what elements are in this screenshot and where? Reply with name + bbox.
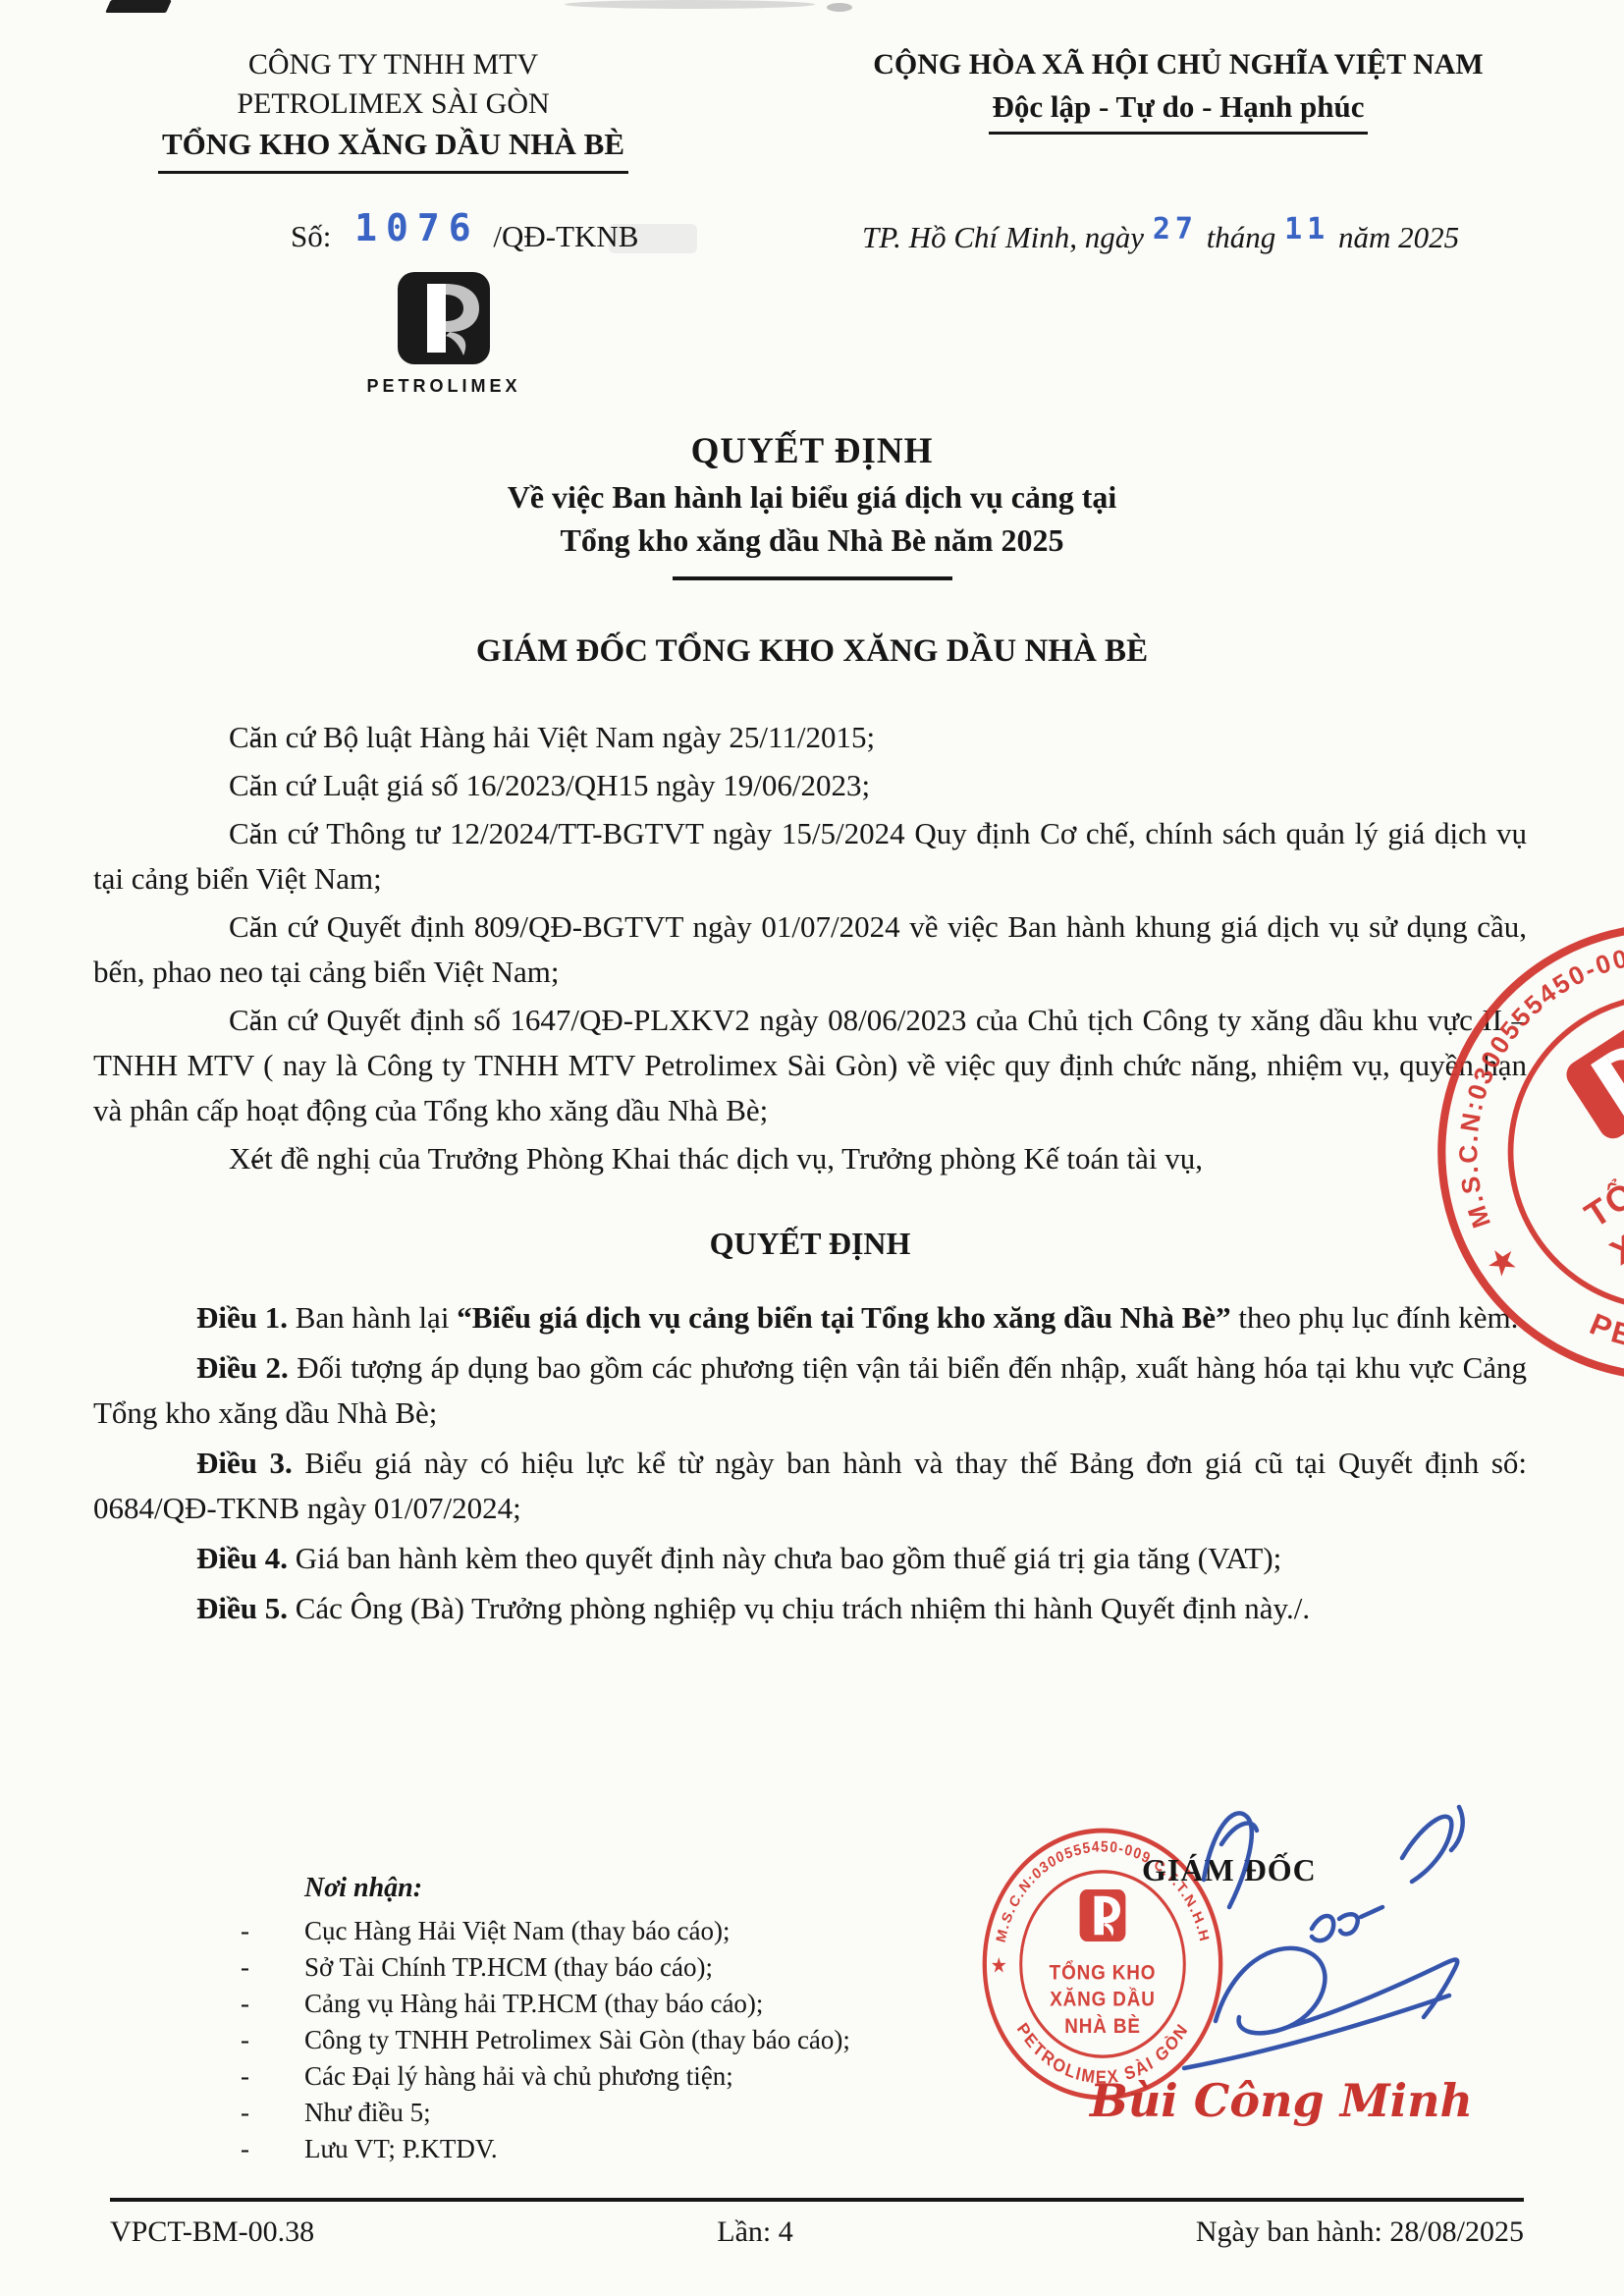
doc-number-stamped-value: 1076 xyxy=(354,206,480,249)
article-text: Biểu giá này có hiệu lực kể từ ngày ban … xyxy=(93,1446,1527,1525)
org-terminal-name: TỔNG KHO XĂNG DẦU NHÀ BÈ xyxy=(158,125,628,174)
recipient-text: Các Đại lý hàng hải và chủ phương tiện; xyxy=(304,2061,733,2091)
recipients-heading: Nơi nhận: xyxy=(304,1870,850,1906)
article-text: theo phụ lục đính kèm. xyxy=(1231,1300,1519,1335)
bullet-dash: - xyxy=(172,998,229,1043)
recipient-item: -Cảng vụ Hàng hải TP.HCM (thay báo cáo); xyxy=(241,1986,850,2022)
dateline-mid: tháng xyxy=(1207,220,1276,254)
document-number-line: Số: 1076 /QĐ-TKNB xyxy=(291,212,638,255)
article-label: Điều 4. xyxy=(196,1541,288,1575)
article-label: Điều 1. xyxy=(196,1300,288,1335)
doc-number-label: Số: xyxy=(291,219,331,253)
bullet-dash: - xyxy=(172,763,229,808)
recipients-block: Nơi nhận: -Cục Hàng Hải Việt Nam (thay b… xyxy=(241,1870,850,2167)
article-text: Các Ông (Bà) Trưởng phòng nghiệp vụ chịu… xyxy=(288,1591,1310,1625)
scan-artifact xyxy=(565,0,815,9)
org-parent-company: CÔNG TY TNHH MTV xyxy=(116,45,671,84)
recipient-item: -Như điều 5; xyxy=(241,2095,850,2131)
list-dash: - xyxy=(241,2131,304,2167)
dateline-pre: TP. Hồ Chí Minh, ngày xyxy=(862,220,1144,254)
national-header-block: CỘNG HÒA XÃ HỘI CHỦ NGHĨA VIỆT NAM Độc l… xyxy=(823,45,1534,135)
article-2: Điều 2. Đối tượng áp dụng bao gồm các ph… xyxy=(93,1345,1527,1436)
org-company: PETROLIMEX SÀI GÒN xyxy=(116,84,671,124)
document-title-block: QUYẾT ĐỊNH Về việc Ban hành lại biểu giá… xyxy=(0,430,1624,580)
preamble-text: Căn cứ Bộ luật Hàng hải Việt Nam ngày 25… xyxy=(229,720,875,754)
recipient-item: -Các Đại lý hàng hải và chủ phương tiện; xyxy=(241,2058,850,2095)
dateline-post: năm 2025 xyxy=(1338,220,1459,254)
article-label: Điều 3. xyxy=(196,1446,293,1480)
scan-artifact xyxy=(105,0,172,13)
document-subtitle-1: Về việc Ban hành lại biểu giá dịch vụ cả… xyxy=(0,479,1624,516)
preamble-text: Căn cứ Thông tư 12/2024/TT-BGTVT ngày 15… xyxy=(93,816,1527,896)
recipient-item: -Công ty TNHH Petrolimex Sài Gòn (thay b… xyxy=(241,2022,850,2058)
article-1: Điều 1. Ban hành lại “Biểu giá dịch vụ c… xyxy=(93,1295,1527,1340)
footer: VPCT-BM-00.38 Lần: 4 Ngày ban hành: 28/0… xyxy=(110,2198,1524,2249)
issuing-authority-heading: GIÁM ĐỐC TỔNG KHO XĂNG DẦU NHÀ BÈ xyxy=(0,633,1624,670)
list-dash: - xyxy=(241,2095,304,2131)
preamble-item: -Căn cứ Bộ luật Hàng hải Việt Nam ngày 2… xyxy=(93,715,1527,760)
recipient-text: Cục Hàng Hải Việt Nam (thay báo cáo); xyxy=(304,1916,731,1945)
title-divider xyxy=(673,576,952,580)
document-body: -Căn cứ Bộ luật Hàng hải Việt Nam ngày 2… xyxy=(93,715,1527,1636)
article-5: Điều 5. Các Ông (Bà) Trưởng phòng nghiệp… xyxy=(93,1586,1527,1631)
recipient-item: -Sở Tài Chính TP.HCM (thay báo cáo); xyxy=(241,1949,850,1986)
preamble-item: -Căn cứ Quyết định số 1647/QĐ-PLXKV2 ngà… xyxy=(93,998,1527,1133)
document-title: QUYẾT ĐỊNH xyxy=(0,430,1624,472)
list-dash: - xyxy=(241,2058,304,2095)
article-label: Điều 5. xyxy=(196,1591,288,1625)
article-bold-text: “Biểu giá dịch vụ cảng biển tại Tổng kho… xyxy=(457,1300,1230,1335)
bullet-dash: - xyxy=(172,715,229,760)
bullet-dash: - xyxy=(172,904,229,950)
bullet-dash: - xyxy=(172,811,229,856)
article-text: Đối tượng áp dụng bao gồm các phương tiệ… xyxy=(93,1350,1527,1430)
preamble-item: -Xét đề nghị của Trưởng Phòng Khai thác … xyxy=(93,1136,1527,1181)
recipient-item: -Cục Hàng Hải Việt Nam (thay báo cáo); xyxy=(241,1913,850,1949)
stamped-day: 27 xyxy=(1153,212,1198,246)
petrolimex-logo-caption: PETROLIMEX xyxy=(346,376,542,397)
footer-revision: Lần: 4 xyxy=(717,2215,792,2249)
decision-heading: QUYẾT ĐỊNH xyxy=(93,1221,1527,1266)
recipient-text: Như điều 5; xyxy=(304,2098,431,2127)
preamble-item: -Căn cứ Luật giá số 16/2023/QH15 ngày 19… xyxy=(93,763,1527,808)
preamble-item: -Căn cứ Thông tư 12/2024/TT-BGTVT ngày 1… xyxy=(93,811,1527,902)
article-text: Giá ban hành kèm theo quyết định này chư… xyxy=(288,1541,1281,1575)
national-title: CỘNG HÒA XÃ HỘI CHỦ NGHĨA VIỆT NAM xyxy=(823,45,1534,85)
footer-form-code: VPCT-BM-00.38 xyxy=(110,2215,314,2249)
article-4: Điều 4. Giá ban hành kèm theo quyết định… xyxy=(93,1536,1527,1581)
doc-number-suffix: /QĐ-TKNB xyxy=(493,219,638,253)
recipient-text: Lưu VT; P.KTDV. xyxy=(304,2134,498,2163)
handwritten-signature xyxy=(1011,1774,1522,2107)
article-3: Điều 3. Biểu giá này có hiệu lực kể từ n… xyxy=(93,1441,1527,1531)
preamble-text: Căn cứ Quyết định số 1647/QĐ-PLXKV2 ngày… xyxy=(93,1003,1527,1127)
preamble-text: Xét đề nghị của Trưởng Phòng Khai thác d… xyxy=(229,1141,1203,1175)
list-dash: - xyxy=(241,1913,304,1949)
article-text: Ban hành lại xyxy=(288,1300,457,1335)
recipient-item: -Lưu VT; P.KTDV. xyxy=(241,2131,850,2167)
petrolimex-logo-icon xyxy=(395,269,493,367)
scanned-decision-document: CÔNG TY TNHH MTV PETROLIMEX SÀI GÒN TỔNG… xyxy=(0,0,1624,2296)
bullet-dash: - xyxy=(172,1136,229,1181)
article-label: Điều 2. xyxy=(196,1350,289,1385)
list-dash: - xyxy=(241,1949,304,1986)
recipient-text: Công ty TNHH Petrolimex Sài Gòn (thay bá… xyxy=(304,2025,850,2054)
recipient-text: Cảng vụ Hàng hải TP.HCM (thay báo cáo); xyxy=(304,1989,763,2018)
preamble-text: Căn cứ Luật giá số 16/2023/QH15 ngày 19/… xyxy=(229,768,870,802)
list-dash: - xyxy=(241,1986,304,2022)
document-subtitle-2: Tổng kho xăng dầu Nhà Bè năm 2025 xyxy=(0,522,1624,559)
footer-issue-date: Ngày ban hành: 28/08/2025 xyxy=(1196,2215,1524,2249)
preamble-text: Căn cứ Quyết định 809/QĐ-BGTVT ngày 01/0… xyxy=(93,909,1527,989)
scan-artifact xyxy=(827,3,852,12)
issuing-org-block: CÔNG TY TNHH MTV PETROLIMEX SÀI GÒN TỔNG… xyxy=(116,45,671,174)
place-date-line: TP. Hồ Chí Minh, ngày 27 tháng 11 năm 20… xyxy=(862,220,1459,255)
stamped-month: 11 xyxy=(1284,212,1329,246)
recipient-text: Sở Tài Chính TP.HCM (thay báo cáo); xyxy=(304,1952,713,1982)
list-dash: - xyxy=(241,2022,304,2058)
national-motto: Độc lập - Tự do - Hạnh phúc xyxy=(989,86,1369,136)
preamble-item: -Căn cứ Quyết định 809/QĐ-BGTVT ngày 01/… xyxy=(93,904,1527,995)
petrolimex-logo-block: PETROLIMEX xyxy=(346,269,542,397)
